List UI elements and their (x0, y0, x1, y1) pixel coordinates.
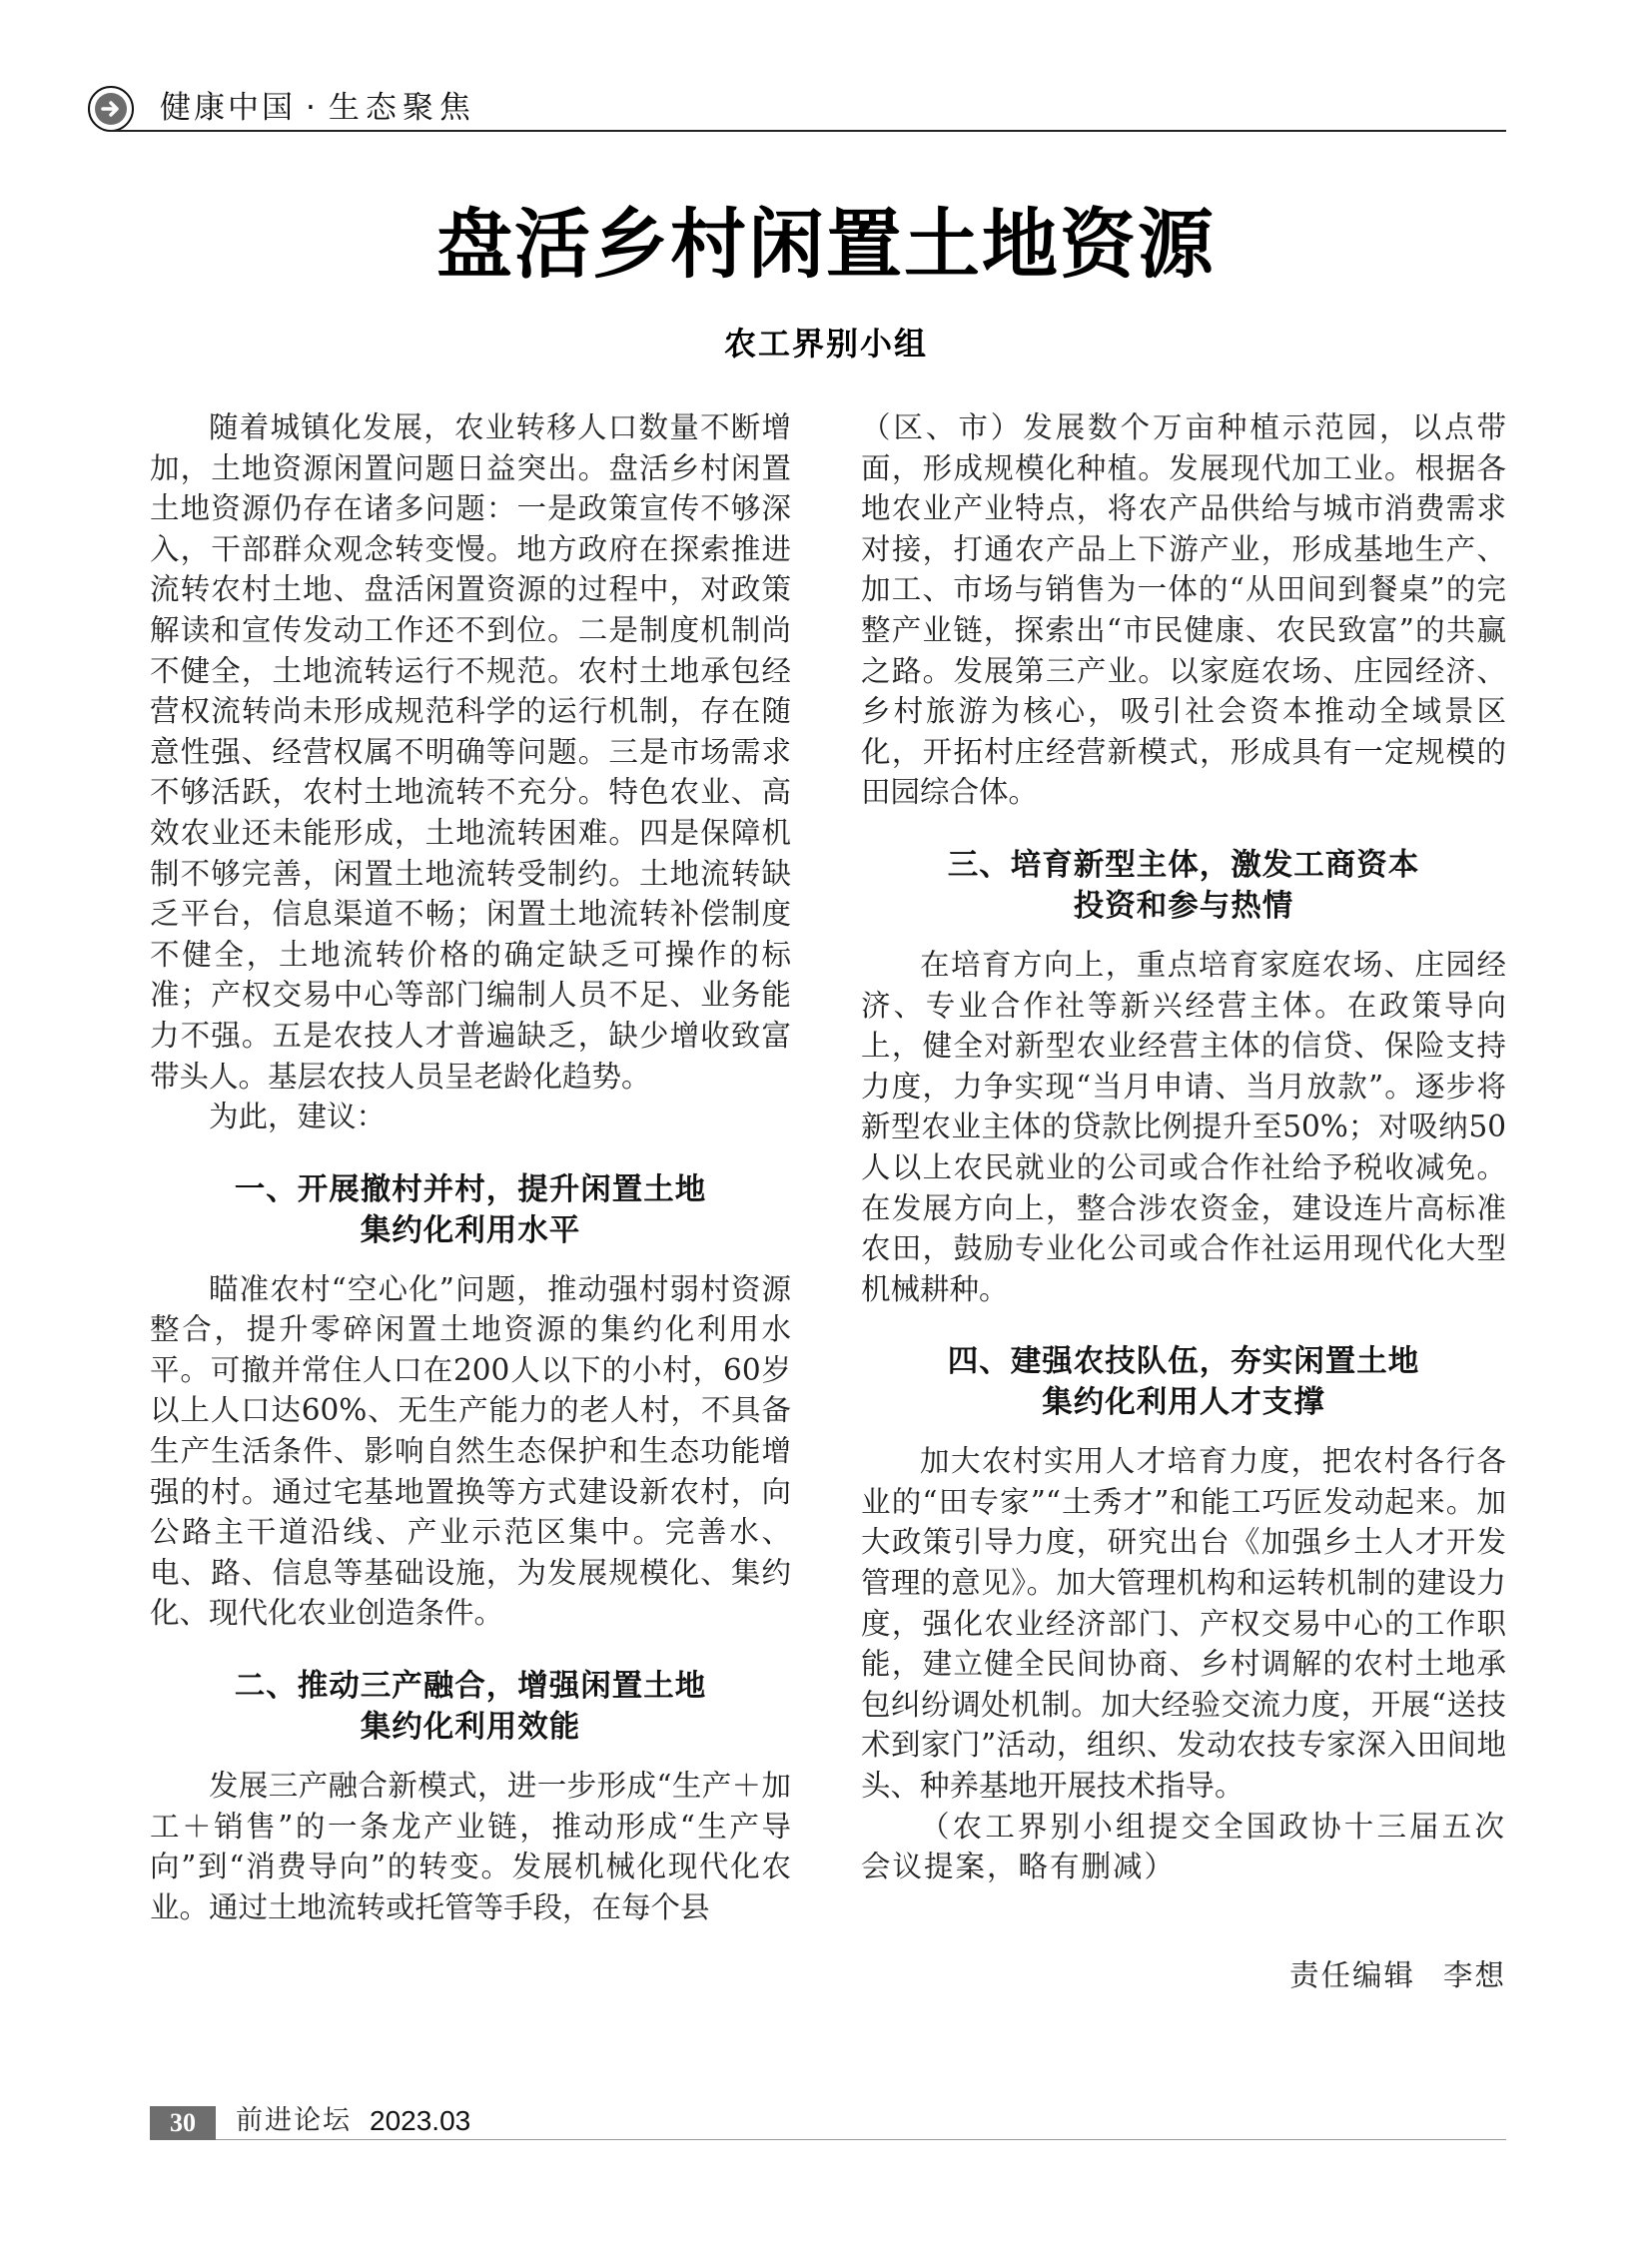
section-heading-4: 四、建强农技队伍，夯实闲置土地 集约化利用人才支撑 (861, 1341, 1506, 1423)
section-4-body: 加大农村实用人才培育力度，把农村各行各业的“田专家”“土秀才”和能工巧匠发动起来… (861, 1441, 1506, 1806)
section-heading-1: 一、开展撤村并村，提升闲置土地 集约化利用水平 (150, 1169, 791, 1251)
section-3-body: 在培育方向上，重点培育家庭农场、庄园经济、专业合作社等新兴经营主体。在政策导向上… (861, 945, 1506, 1309)
heading-line: 四、建强农技队伍，夯实闲置土地 (861, 1341, 1506, 1382)
arrow-right-circle-icon (88, 86, 134, 132)
editor-label: 责任编辑 (1289, 1958, 1415, 1992)
editor-credit: 责任编辑李想 (861, 1955, 1506, 1996)
footer-rule (216, 2139, 1506, 2140)
subsection-name: 生态聚焦 (329, 90, 476, 126)
source-note: （农工界别小组提交全国政协十三届五次会议提案，略有删减） (861, 1807, 1506, 1887)
running-header: 健康中国·生态聚焦 (88, 86, 1506, 134)
page-number: 30 (150, 2106, 216, 2140)
editor-name: 李想 (1443, 1958, 1506, 1992)
section-2-body-continued: （区、市）发展数个万亩种植示范园，以点带面，形成规模化种植。发展现代加工业。根据… (861, 407, 1506, 813)
article-title: 盘活乡村闲置土地资源 (0, 200, 1652, 290)
section-2-body: 发展三产融合新模式，进一步形成“生产＋加工＋销售”的一条龙产业链，推动形成“生产… (150, 1766, 791, 1927)
heading-line: 三、培育新型主体，激发工商资本 (861, 845, 1506, 886)
section-heading-2: 二、推动三产融合，增强闲置土地 集约化利用效能 (150, 1666, 791, 1748)
heading-line: 集约化利用水平 (150, 1210, 791, 1251)
heading-line: 二、推动三产融合，增强闲置土地 (150, 1666, 791, 1707)
heading-line: 集约化利用效能 (150, 1707, 791, 1748)
journal-name: 前进论坛 (236, 2103, 352, 2139)
separator: · (306, 90, 319, 126)
heading-line: 投资和参与热情 (861, 886, 1506, 927)
heading-line: 集约化利用人才支撑 (861, 1382, 1506, 1423)
section-label: 健康中国·生态聚焦 (160, 88, 476, 128)
section-1-body: 瞄准农村“空心化”问题，推动强村弱村资源整合，提升零碎闲置土地资源的集约化利用水… (150, 1269, 791, 1634)
header-rule (110, 130, 1506, 132)
section-heading-3: 三、培育新型主体，激发工商资本 投资和参与热情 (861, 845, 1506, 927)
right-column: （区、市）发展数个万亩种植示范园，以点带面，形成规模化种植。发展现代加工业。根据… (861, 407, 1506, 1995)
heading-line: 一、开展撤村并村，提升闲置土地 (150, 1169, 791, 1210)
left-column: 随着城镇化发展，农业转移人口数量不断增加，土地资源闲置问题日益突出。盘活乡村闲置… (150, 407, 791, 1927)
issue-date: 2023.03 (370, 2103, 470, 2139)
article-author: 农工界别小组 (0, 322, 1652, 366)
section-name: 健康中国 (160, 90, 296, 126)
intro-paragraph: 随着城镇化发展，农业转移人口数量不断增加，土地资源闲置问题日益突出。盘活乡村闲置… (150, 407, 791, 1097)
proposal-lead: 为此，建议： (150, 1097, 791, 1137)
